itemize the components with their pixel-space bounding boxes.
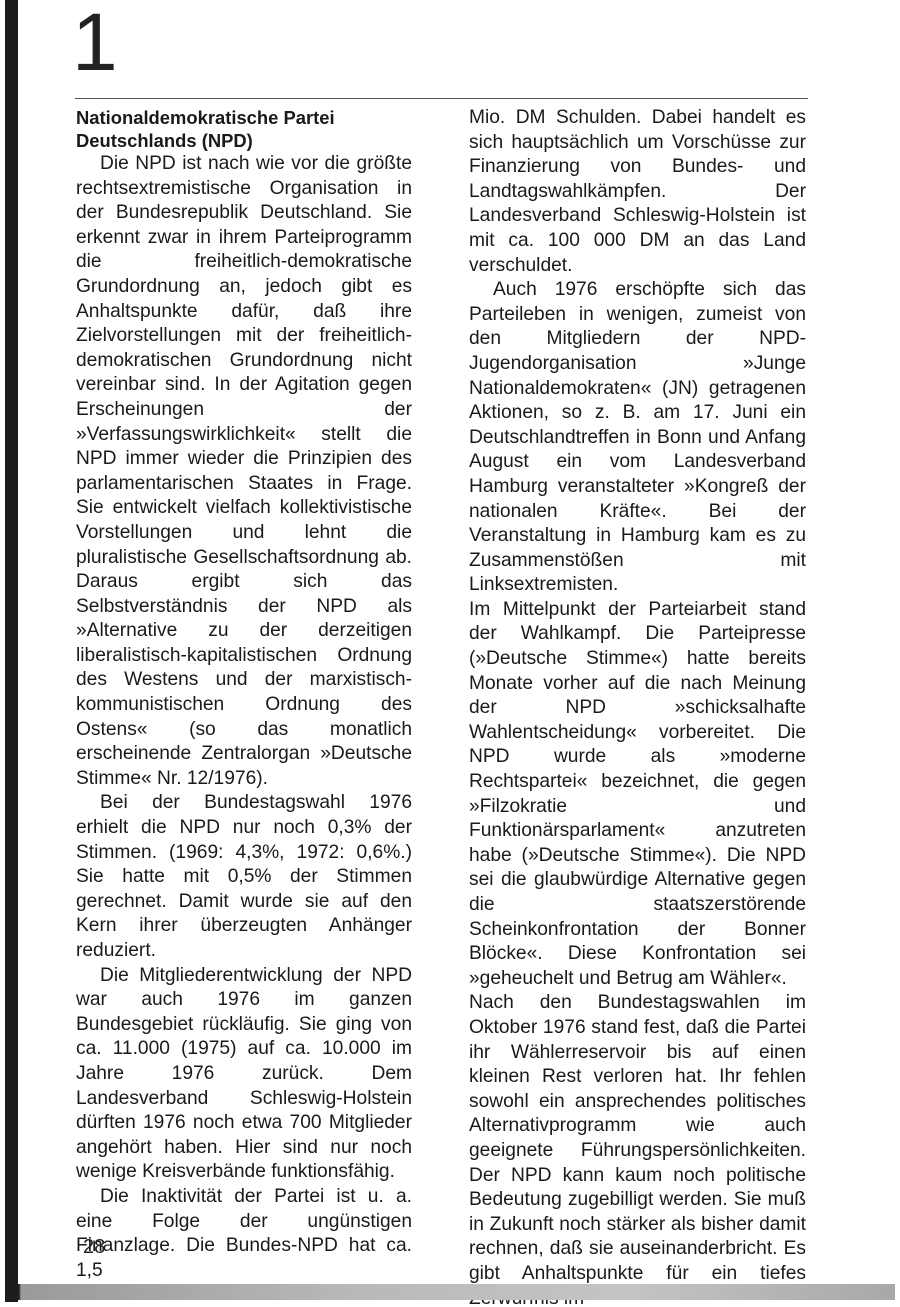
section-heading-line2: Deutschlands (NPD): [76, 130, 253, 151]
section-heading: Nationaldemokratische Partei Deutschland…: [76, 106, 412, 152]
page-number: 28: [83, 1235, 105, 1259]
paragraph: Im Mittelpunkt der Parteiarbeit stand de…: [469, 598, 806, 992]
paragraph: Bei der Bundestagswahl 1976 erhielt die …: [76, 791, 412, 963]
chapter-number: 1: [72, 2, 116, 84]
left-column: Nationaldemokratische Partei Deutschland…: [76, 106, 412, 1283]
header-rule: [75, 98, 808, 99]
paragraph: Die Inaktivität der Partei ist u. a. ein…: [76, 1185, 412, 1283]
paragraph: Die NPD ist nach wie vor die größte rech…: [76, 152, 412, 791]
paragraph: Nach den Bundestagswahlen im Oktober 197…: [469, 991, 806, 1307]
paragraph: Die Mitgliederentwicklung der NPD war au…: [76, 964, 412, 1185]
right-column: Mio. DM Schulden. Dabei handelt es sich …: [469, 106, 806, 1307]
section-heading-line1: Nationaldemokratische Partei: [76, 107, 335, 128]
bottom-margin-bar: [5, 1284, 895, 1300]
paragraph: Auch 1976 erschöpfte sich das Parteilebe…: [469, 278, 806, 598]
paragraph: Mio. DM Schulden. Dabei handelt es sich …: [469, 106, 806, 278]
left-margin-bar: [5, 0, 18, 1302]
